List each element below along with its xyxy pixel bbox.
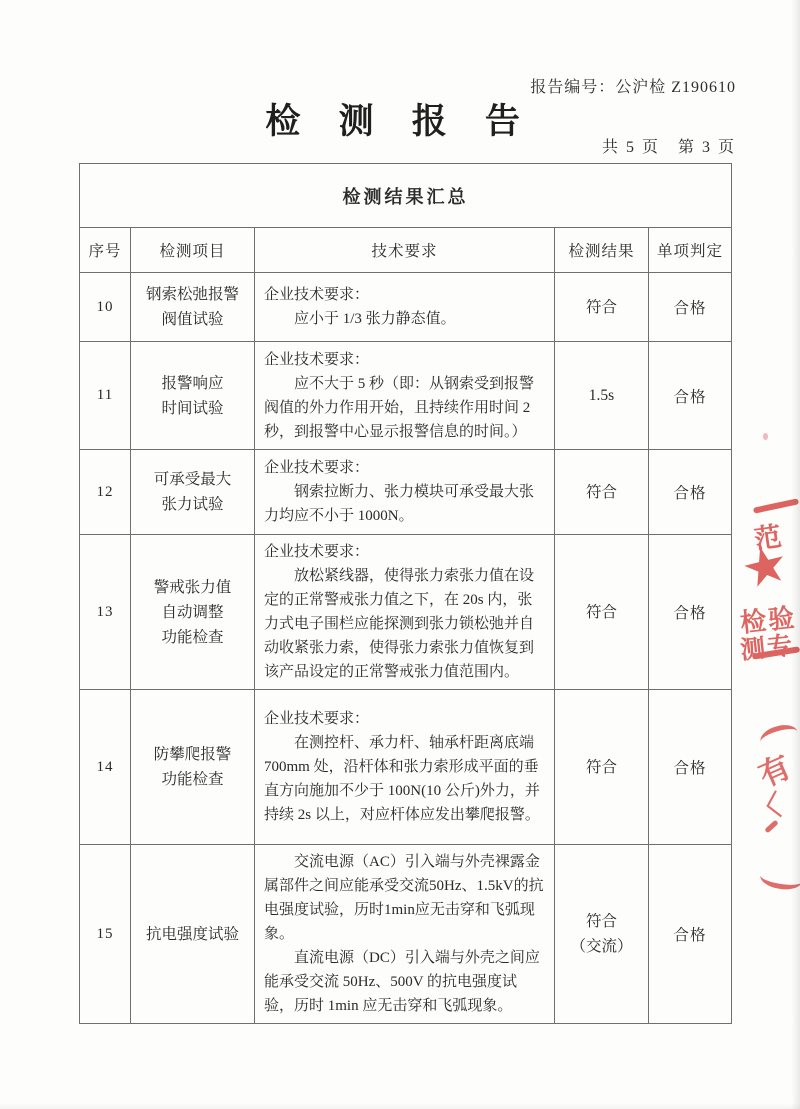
row-no: 11 [80, 342, 131, 450]
test-result: 符合（交流） [555, 845, 649, 1024]
col-header-4: 检测结果 [555, 228, 649, 273]
seal-arc-top [758, 721, 800, 752]
row-no: 12 [80, 450, 131, 535]
report-page: 报告编号：公沪检 Z190610 检 测 报 告 共 5 页 第 3 页 检测结… [0, 0, 800, 1109]
seal-text-char2: 〈 [748, 784, 784, 829]
judgment: 合格 [649, 535, 732, 690]
red-seal-fragment-lower: 有 〈 [748, 724, 800, 894]
test-result: 符合 [555, 273, 649, 342]
seal-text-char1: 有 [750, 742, 797, 796]
test-result: 符合 [555, 535, 649, 690]
col-header-3: 技术要求 [255, 228, 555, 273]
seal-text-line2: 测专 [738, 625, 795, 666]
row-no: 14 [80, 690, 131, 845]
judgment: 合格 [649, 690, 732, 845]
table-row: 13警戒张力值自动调整功能检查企业技术要求：放松紧线器，使得张力索张力值在设定的… [80, 535, 732, 690]
table-row: 11报警响应时间试验企业技术要求：应不大于 5 秒（即：从钢索受到报警阀值的外力… [80, 342, 732, 450]
table-title: 检测结果汇总 [80, 164, 732, 228]
seal-border-bottom [752, 646, 800, 659]
judgment: 合格 [649, 273, 732, 342]
row-no: 15 [80, 845, 131, 1024]
judgment: 合格 [649, 342, 732, 450]
ink-speck [763, 433, 768, 440]
red-seal-fragment-upper: 范 ★ 检验 测专 [740, 500, 800, 665]
results-table: 检测结果汇总 序号检测项目技术要求检测结果单项判定 10钢索松弛报警阀值试验企业… [79, 163, 732, 1024]
tech-requirement: 企业技术要求：应不大于 5 秒（即：从钢索受到报警阀值的外力作用开始，且持续作用… [255, 342, 555, 450]
test-result: 1.5s [555, 342, 649, 450]
scan-edge-shadow-right [791, 0, 800, 1109]
test-item: 报警响应时间试验 [131, 342, 255, 450]
col-header-1: 序号 [80, 228, 131, 273]
tech-requirement: 企业技术要求：在测控杆、承力杆、轴承杆距离底端 700mm 处，沿杆体和张力索形… [255, 690, 555, 845]
table-row: 10钢索松弛报警阀值试验企业技术要求：应小于 1/3 张力静态值。符合合格 [80, 273, 732, 342]
table-row: 14防攀爬报警功能检查企业技术要求：在测控杆、承力杆、轴承杆距离底端 700mm… [80, 690, 732, 845]
col-header-5: 单项判定 [649, 228, 732, 273]
test-result: 符合 [555, 450, 649, 535]
test-item: 抗电强度试验 [131, 845, 255, 1024]
tech-requirement: 企业技术要求：钢索拉断力、张力模块可承受最大张力均应不小于 1000N。 [255, 450, 555, 535]
seal-border-top [753, 498, 799, 513]
seal-text-top: 范 [751, 514, 783, 556]
tech-requirement: 企业技术要求：放松紧线器，使得张力索张力值在设定的正常警戒张力值之下，在 20s… [255, 535, 555, 690]
table-title-row: 检测结果汇总 [80, 164, 732, 228]
tech-requirement: 企业技术要求：应小于 1/3 张力静态值。 [255, 273, 555, 342]
row-no: 13 [80, 535, 131, 690]
judgment: 合格 [649, 845, 732, 1024]
table-row: 12可承受最大张力试验企业技术要求：钢索拉断力、张力模块可承受最大张力均应不小于… [80, 450, 732, 535]
judgment: 合格 [649, 450, 732, 535]
tech-requirement: 交流电源（AC）引入端与外壳裸露金属部件之间应能承受交流50Hz、1.5kV的抗… [255, 845, 555, 1024]
col-header-2: 检测项目 [131, 228, 255, 273]
test-item: 可承受最大张力试验 [131, 450, 255, 535]
scan-edge-shadow-bottom [0, 1103, 800, 1109]
table-row: 15抗电强度试验交流电源（AC）引入端与外壳裸露金属部件之间应能承受交流50Hz… [80, 845, 732, 1024]
test-item: 警戒张力值自动调整功能检查 [131, 535, 255, 690]
table-header-row: 序号检测项目技术要求检测结果单项判定 [80, 228, 732, 273]
seal-ink-mark [764, 820, 778, 834]
star-icon: ★ [736, 537, 794, 599]
test-item: 防攀爬报警功能检查 [131, 690, 255, 845]
seal-text-line1: 检验 [738, 597, 798, 640]
test-result: 符合 [555, 690, 649, 845]
seal-arc-bottom [759, 865, 800, 892]
page-count: 共 5 页 第 3 页 [602, 134, 736, 157]
row-no: 10 [80, 273, 131, 342]
test-item: 钢索松弛报警阀值试验 [131, 273, 255, 342]
